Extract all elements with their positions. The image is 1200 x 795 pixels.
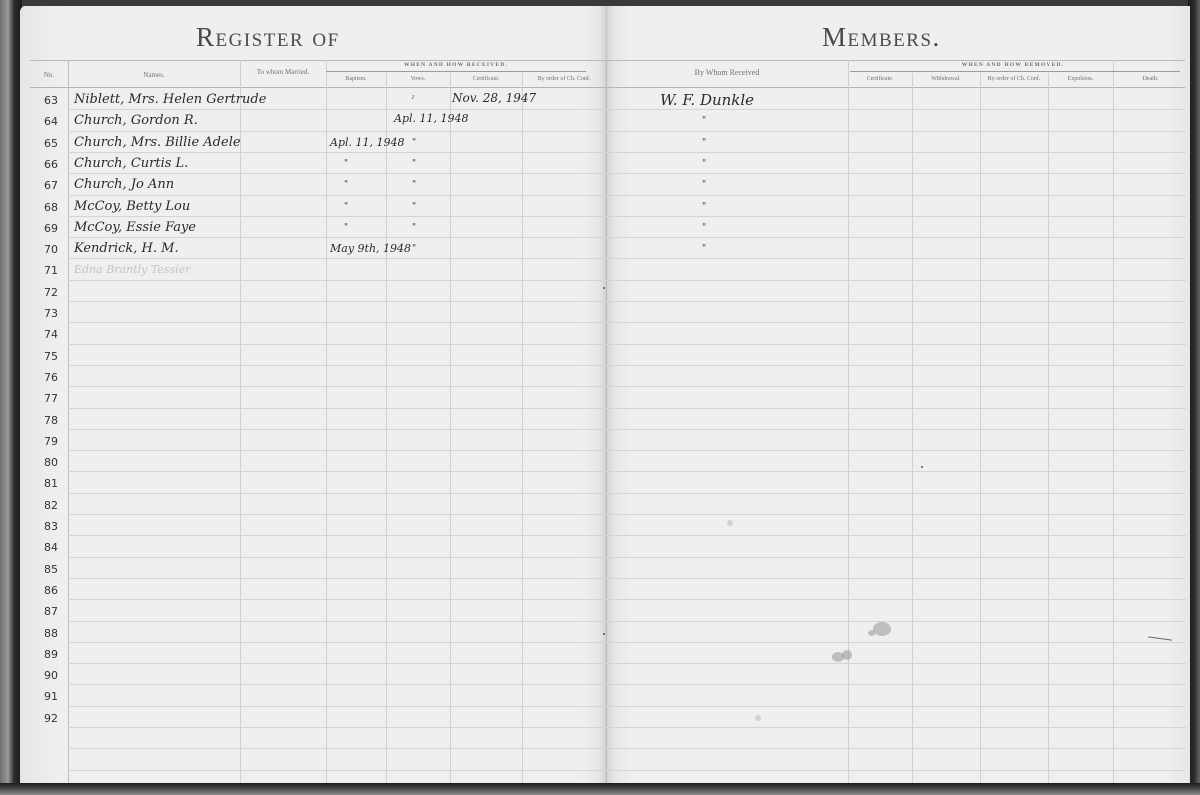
row-rule [68,386,606,387]
speck [603,633,605,635]
column-header-by-whom-received: By Whom Received [606,68,848,77]
row-rule [606,195,1186,196]
entry-number: 88 [44,626,58,642]
entry-number: 90 [44,668,58,684]
row-rule [68,599,606,600]
entry-baptism-date: " [344,220,348,236]
row-rule [606,727,1186,728]
entry-received-by: " [702,113,706,129]
row-rule [68,429,606,430]
row-rule [68,344,606,345]
column-header-withdrawal: Withdrawal. [912,76,980,82]
entry-name: McCoy, Essie Faye [74,220,196,236]
row-rule [606,770,1186,771]
entry-number: 63 [44,93,58,109]
group-rule [326,71,586,72]
entry-received-by: " [702,177,706,193]
entry-name: Edna Brantly Tessier [74,262,190,278]
row-rule [606,173,1186,174]
column-header-certificate: Certificate. [450,76,522,82]
entry-number: 65 [44,136,58,152]
row-rule [606,557,1186,558]
row-rule [606,365,1186,366]
entry-number: 73 [44,306,58,322]
column-divider [1113,60,1114,783]
header-top-rule [30,60,1185,61]
row-rule [606,578,1186,579]
column-header-death: Death. [1113,76,1188,82]
row-rule [68,195,606,196]
column-group-when-how-removed: WHEN AND HOW REMOVED. [848,62,1178,68]
row-rule [606,429,1186,430]
row-rule [68,706,606,707]
row-rule [606,408,1186,409]
ink-stain [873,622,891,636]
row-rule [606,663,1186,664]
row-rule [68,748,606,749]
entry-number: 74 [44,327,58,343]
entry-number: 84 [44,540,58,556]
row-rule [68,450,606,451]
row-rule [68,557,606,558]
entry-vows-date: " [412,241,416,257]
row-rule [68,514,606,515]
column-divider [912,73,913,783]
row-rule [606,535,1186,536]
entry-certificate-date: Nov. 28, 1947 [452,90,536,106]
column-header-to-whom-married: To whom Married. [240,68,326,76]
entry-name: Church, Mrs. Billie Adele [74,135,241,151]
ink-stain [727,520,733,526]
row-rule [68,535,606,536]
entry-baptism-date: " [344,199,348,215]
row-rule [606,748,1186,749]
entry-received-by: " [702,220,706,236]
page-title-right: Members. [822,22,941,53]
speck [603,287,605,289]
entry-number: 78 [44,413,58,429]
row-rule [68,258,606,259]
entry-received-by: " [702,135,706,151]
column-divider [240,60,241,783]
entry-number: 72 [44,285,58,301]
column-divider [848,60,849,783]
column-divider [68,60,69,783]
row-rule [606,450,1186,451]
ink-stain [755,715,761,721]
row-rule [68,493,606,494]
entry-vows-date: " [412,177,416,193]
entry-number: 87 [44,604,58,620]
row-rule [68,684,606,685]
row-rule [68,216,606,217]
entry-number: 69 [44,221,58,237]
column-divider [522,73,523,783]
entry-number: 89 [44,647,58,663]
entry-name: Niblett, Mrs. Helen Gertrude [74,92,266,108]
entry-number: 85 [44,562,58,578]
book-cover-left [0,0,22,795]
row-rule [606,322,1186,323]
entry-number: 68 [44,200,58,216]
row-rule [68,173,606,174]
row-rule [606,386,1186,387]
entry-baptism-date: " [344,156,348,172]
row-rule [606,237,1186,238]
entry-number: 71 [44,263,58,279]
entry-number: 77 [44,391,58,407]
row-rule [68,152,606,153]
row-rule [606,471,1186,472]
group-rule [850,71,1180,72]
column-divider [386,73,387,783]
entry-baptism-date: May 9th, 1948 [330,241,411,257]
row-rule [606,621,1186,622]
column-header-baptism: Baptism. [326,76,386,82]
row-rule [606,258,1186,259]
entry-name: Church, Jo Ann [74,177,174,193]
row-rule [606,514,1186,515]
column-divider [606,60,607,783]
entry-number: 80 [44,455,58,471]
row-rule [68,642,606,643]
column-header-vows: Vows. [386,76,450,82]
entry-number: 81 [44,476,58,492]
right-page [606,6,1190,783]
entry-number: 67 [44,178,58,194]
row-rule [606,684,1186,685]
row-rule [68,471,606,472]
row-rule [606,599,1186,600]
entry-vows-date: Apl. 11, 1948 [394,111,468,127]
row-rule [68,770,606,771]
entry-name: Kendrick, H. M. [74,241,179,257]
ink-stain [868,630,875,636]
entry-received-by: " [702,199,706,215]
column-divider [450,73,451,783]
ink-stain [842,650,852,660]
row-rule [68,365,606,366]
row-rule [68,280,606,281]
entry-baptism-date: Apl. 11, 1948 [330,135,404,151]
entry-number: 66 [44,157,58,173]
entry-number: 64 [44,114,58,130]
row-rule [68,621,606,622]
entry-number: 83 [44,519,58,535]
column-header-by-order-removed: By order of Ch. Conf. [980,76,1048,82]
row-rule [68,578,606,579]
column-header-certificate-removed: Certificate. [848,76,912,82]
entry-vows-date: ˀ [412,92,415,108]
entry-number: 91 [44,689,58,705]
column-divider [1048,73,1049,783]
entry-vows-date: " [412,135,416,151]
row-rule [606,280,1186,281]
header-bottom-rule [30,87,1185,88]
entry-vows-date: " [412,220,416,236]
row-rule [606,493,1186,494]
row-rule [68,237,606,238]
column-divider [326,60,327,783]
entry-baptism-date: " [344,177,348,193]
row-rule [606,109,1186,110]
entry-received-by: W. F. Dunkle [660,92,754,108]
entry-name: Church, Curtis L. [74,156,188,172]
entry-number: 70 [44,242,58,258]
entry-name: Church, Gordon R. [74,113,198,129]
column-header-no: No. [30,71,68,79]
book-cover-bottom [0,783,1200,795]
row-rule [68,109,606,110]
row-rule [68,663,606,664]
column-group-when-how-received: WHEN AND HOW RECEIVED. [326,62,586,68]
row-rule [68,131,606,132]
row-rule [606,706,1186,707]
row-rule [606,216,1186,217]
row-rule [606,131,1186,132]
column-header-names: Names. [68,71,240,79]
entry-number: 76 [44,370,58,386]
entry-number: 82 [44,498,58,514]
row-rule [606,642,1186,643]
entry-vows-date: " [412,199,416,215]
entry-vows-date: " [412,156,416,172]
entry-name: McCoy, Betty Lou [74,199,190,215]
speck [921,466,923,468]
entry-number: 75 [44,349,58,365]
row-rule [606,344,1186,345]
row-rule [68,301,606,302]
entry-received-by: " [702,156,706,172]
row-rule [606,301,1186,302]
column-divider [980,73,981,783]
row-rule [68,322,606,323]
column-header-expulsion: Expulsion. [1048,76,1113,82]
column-header-by-order: By order of Ch. Conf. [522,76,606,82]
row-rule [606,152,1186,153]
entry-received-by: " [702,241,706,257]
entry-number: 92 [44,711,58,727]
entry-number: 86 [44,583,58,599]
row-rule [68,727,606,728]
entry-number: 79 [44,434,58,450]
row-rule [68,408,606,409]
page-title-left: Register of [196,22,340,53]
